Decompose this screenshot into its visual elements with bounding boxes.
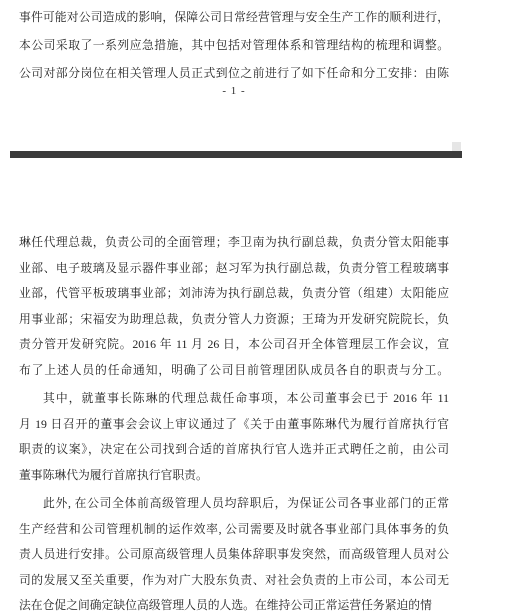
text-line: 布了上述人员的任命通知，明确了公司目前管理团队成员各自的职责与分工。 <box>19 358 449 384</box>
text-line: 琳任代理总裁，负责公司的全面管理；李卫南为执行副总裁，负责分管太阳能事 <box>19 230 449 256</box>
text-line: 生产经营和公司管理机制的运作效率, 公司需要及时就各事业部门具体事务的负 <box>19 517 449 543</box>
text-line: 其中，就董事长陈琳的代理总裁任命事项，本公司董事会已于 2016 年 11 <box>19 386 449 412</box>
paragraph-ceo-resolution: 其中，就董事长陈琳的代理总裁任命事项，本公司董事会已于 2016 年 11 月 … <box>19 386 449 488</box>
text-line: 本公司采取了一系列应急措施，其中包括对管理体系和管理结构的梳理和调整。 <box>19 31 449 59</box>
text-line: 责人员进行安排。公司原高级管理人员集体辞职事发突然，而高级管理人员对公 <box>19 542 449 568</box>
text-line: 月 19 日召开的董事会会议上审议通过了《关于由董事陈琳代为履行首席执行官 <box>19 412 449 438</box>
page-number: - 1 - <box>19 83 449 99</box>
text-line: 法在仓促之间确定缺位高级管理人员的人选。在维持公司正常运营任务紧迫的情 <box>19 593 449 611</box>
text-line: 业部，代管平板玻璃事业部；刘沛涛为执行副总裁，负责分管（组建）太阳能应 <box>19 281 449 307</box>
text-line: 业部、电子玻璃及显示器件事业部；赵习军为执行副总裁，负责分管工程玻璃事 <box>19 256 449 282</box>
page-break-separator-bar <box>10 151 462 158</box>
document-viewer: 事件可能对公司造成的影响，保障公司日常经营管理与安全生产工作的顺利进行， 本公司… <box>0 0 526 611</box>
text-line: 司的发展又至关重要，作为对广大股东负责、对社会负责的上市公司，本公司无 <box>19 568 449 594</box>
text-line: 此外, 在公司全体前高级管理人员均辞职后，为保证公司各事业部门的正常 <box>19 491 449 517</box>
paragraph-senior-management: 此外, 在公司全体前高级管理人员均辞职后，为保证公司各事业部门的正常 生产经营和… <box>19 491 449 611</box>
page-break-handle <box>452 142 461 151</box>
text-line: 董事陈琳代为履行首席执行官职责。 <box>19 463 449 489</box>
page1-text-fragment: 事件可能对公司造成的影响，保障公司日常经营管理与安全生产工作的顺利进行， 本公司… <box>19 3 449 87</box>
text-line: 责分管开发研究院。2016 年 11 月 26 日，本公司召开全体管理层工作会议… <box>19 332 449 358</box>
page2-text-fragment: 琳任代理总裁，负责公司的全面管理；李卫南为执行副总裁，负责分管太阳能事 业部、电… <box>19 230 449 611</box>
text-line: 用事业部；宋福安为助理总裁，负责分管人力资源；王琦为开发研究院院长，负 <box>19 307 449 333</box>
text-line: 职责的议案》，决定在公司找到合适的首席执行官人选并正式聘任之前，由公司 <box>19 437 449 463</box>
text-line: 事件可能对公司造成的影响，保障公司日常经营管理与安全生产工作的顺利进行， <box>19 3 449 31</box>
paragraph-appointments: 琳任代理总裁，负责公司的全面管理；李卫南为执行副总裁，负责分管太阳能事 业部、电… <box>19 230 449 383</box>
